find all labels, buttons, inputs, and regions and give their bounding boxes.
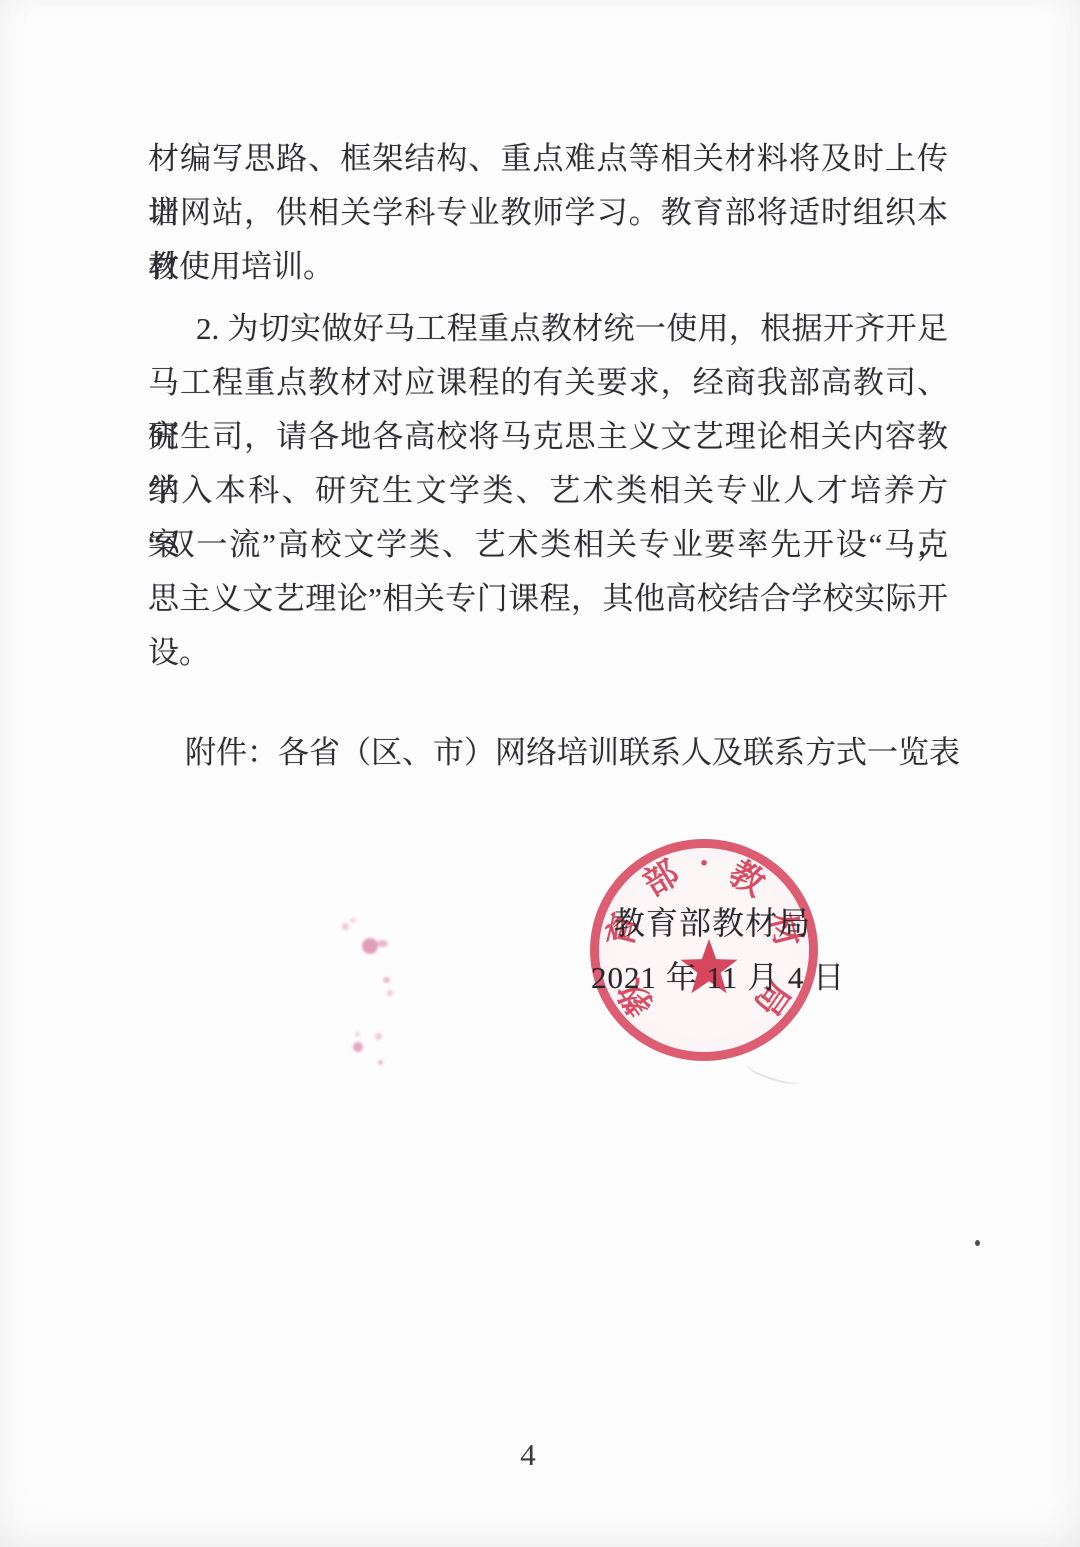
document-body: 材编写思路、框架结构、重点难点等相关材料将及时上传培 训网站，供相关学科专业教师…: [148, 132, 948, 680]
ink-smudge: [342, 923, 349, 930]
paragraph-2: 2. 为切实做好马工程重点教材统一使用，根据开齐开足 马工程重点教材对应课程的有…: [148, 302, 948, 680]
issuing-agency: 教育部教材局: [613, 898, 811, 944]
ink-smudge: [353, 1042, 363, 1052]
ink-smudge: [377, 940, 388, 947]
ink-smudge: [387, 990, 393, 996]
body-line: 思主义文艺理论”相关专门课程，其他高校结合学校实际开: [148, 572, 948, 626]
ink-smudge: [350, 918, 356, 923]
ink-smudge: [375, 1033, 382, 1040]
official-seal: 教 育 部 · 教 材 局: [590, 839, 818, 1061]
seal-ring-separator-dot: ·: [698, 847, 709, 881]
issue-date: 2021 年 11 月 4 日: [591, 952, 845, 997]
paragraph-1: 材编写思路、框架结构、重点难点等相关材料将及时上传培 训网站，供相关学科专业教师…: [148, 132, 948, 294]
ink-smudge: [362, 938, 378, 954]
attachment-line: 附件：各省（区、市）网络培训联系人及联系方式一览表: [185, 726, 960, 780]
body-line: “双一流”高校文学类、艺术类相关专业要率先开设“马克: [148, 518, 948, 572]
scan-artifact: [744, 1058, 802, 1089]
scan-speck: [975, 1240, 980, 1246]
ink-smudge: [355, 1032, 360, 1037]
ink-smudge: [378, 1060, 383, 1065]
body-line: 究生司，请各地各高校将马克思主义文艺理论相关内容教学: [148, 410, 948, 464]
body-line: 设。: [148, 626, 948, 680]
body-line: 材使用培训。: [148, 240, 948, 294]
body-line: 马工程重点教材对应课程的有关要求，经商我部高教司、研: [148, 356, 948, 410]
body-line: 2. 为切实做好马工程重点教材统一使用，根据开齐开足: [148, 302, 948, 356]
ink-smudge: [383, 977, 390, 983]
seal-ring-character: 教: [723, 856, 770, 903]
body-line: 训网站，供相关学科专业教师学习。教育部将适时组织本教: [148, 186, 948, 240]
page-number: 4: [0, 1437, 1068, 1473]
document-page: 材编写思路、框架结构、重点难点等相关材料将及时上传培 训网站，供相关学科专业教师…: [0, 0, 1080, 1547]
seal-ring-character: 部: [638, 856, 685, 903]
body-line: 纳入本科、研究生文学类、艺术类相关专业人才培养方案，: [148, 464, 948, 518]
body-line: 材编写思路、框架结构、重点难点等相关材料将及时上传培: [148, 132, 948, 186]
